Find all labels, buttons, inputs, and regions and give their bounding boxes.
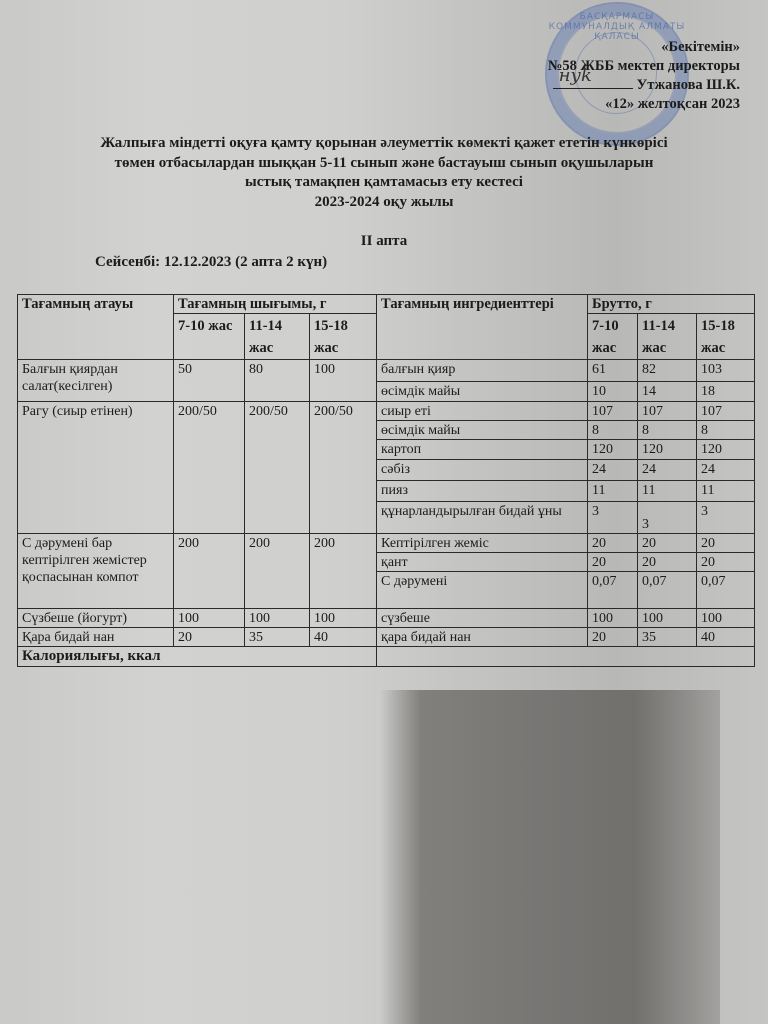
calories-row: Калориялығы, ккал: [18, 647, 755, 667]
ingredient-gross: 20: [638, 534, 697, 553]
table-row: С дәрумені бар кептірілген жемістер қосп…: [18, 534, 755, 553]
document-title: Жалпыға міндетті оқуға қамту қорынан әле…: [0, 134, 768, 212]
ingredient-gross: 107: [638, 402, 697, 421]
dish-yield: 200/50: [245, 402, 310, 534]
table-row: Сүзбеше (йогурт)100100100сүзбеше10010010…: [18, 609, 755, 628]
dish-yield: 100: [245, 609, 310, 628]
header-ingredients: Тағамның ингредиенттері: [377, 295, 588, 360]
dish-yield: 50: [174, 360, 245, 402]
ingredient-gross: 100: [638, 609, 697, 628]
header-gross-age-7-10: 7-10 жас: [588, 314, 638, 360]
ingredient-gross: 107: [697, 402, 755, 421]
ingredient-gross: 24: [638, 460, 697, 481]
ingredient-gross: 10: [588, 382, 638, 402]
ingredient-gross: 3: [638, 502, 697, 534]
dish-yield: 80: [245, 360, 310, 402]
ingredient-gross: 8: [697, 421, 755, 440]
header-gross-age-15-18: 15-18 жас: [697, 314, 755, 360]
ingredient-gross: 107: [588, 402, 638, 421]
dish-name: Қара бидай нан: [18, 628, 174, 647]
menu-table: Тағамның атауы Тағамның шығымы, г Тағамн…: [17, 294, 755, 667]
ingredient-gross: 11: [697, 481, 755, 502]
menu-table-body: Балғын қиярдан салат(кесілген)5080100бал…: [18, 360, 755, 647]
dish-yield: 200: [245, 534, 310, 609]
ingredient-gross: 100: [588, 609, 638, 628]
ingredient-name: пияз: [377, 481, 588, 502]
ingredient-name: құнарландырылған бидай ұны: [377, 502, 588, 534]
header-yield-age-15-18: 15-18 жас: [310, 314, 377, 360]
ingredient-gross: 120: [588, 440, 638, 460]
calories-label: Калориялығы, ккал: [18, 647, 377, 667]
ingredient-name: сиыр еті: [377, 402, 588, 421]
header-dish-name: Тағамның атауы: [18, 295, 174, 360]
ingredient-gross: 120: [638, 440, 697, 460]
ingredient-gross: 20: [638, 553, 697, 572]
ingredient-gross: 3: [697, 502, 755, 534]
header-yield: Тағамның шығымы, г: [174, 295, 377, 314]
ingredient-name: балғын қияр: [377, 360, 588, 382]
dish-name: Рагу (сиыр етінен): [18, 402, 174, 534]
ingredient-gross: 11: [588, 481, 638, 502]
ingredient-gross: 24: [588, 460, 638, 481]
table-row: Балғын қиярдан салат(кесілген)5080100бал…: [18, 360, 755, 382]
ingredient-name: картоп: [377, 440, 588, 460]
dish-yield: 100: [174, 609, 245, 628]
dish-name: С дәрумені бар кептірілген жемістер қосп…: [18, 534, 174, 609]
header-yield-age-7-10: 7-10 жас: [174, 314, 245, 360]
approval-heading: «Бекітемін»: [548, 38, 740, 57]
director-signature-line: нуk Утжанова Ш.К.: [548, 76, 740, 95]
title-line-3: ыстық тамақпен қамтамасыз ету кестесі: [0, 173, 768, 193]
ingredient-name: сәбіз: [377, 460, 588, 481]
ingredient-gross: 24: [697, 460, 755, 481]
ingredient-gross: 14: [638, 382, 697, 402]
ingredient-gross: 8: [638, 421, 697, 440]
dish-yield: 40: [310, 628, 377, 647]
ingredient-name: сүзбеше: [377, 609, 588, 628]
ingredient-gross: 103: [697, 360, 755, 382]
dish-yield: 200/50: [310, 402, 377, 534]
ingredient-gross: 0,07: [588, 572, 638, 609]
director-name: Утжанова Ш.К.: [637, 77, 740, 93]
header-yield-age-11-14: 11-14 жас: [245, 314, 310, 360]
ingredient-name: өсімдік майы: [377, 382, 588, 402]
ingredient-gross: 20: [588, 553, 638, 572]
ingredient-gross: 11: [638, 481, 697, 502]
week-label: ІІ апта: [0, 233, 768, 250]
header-gross: Брутто, г: [588, 295, 755, 314]
signature-underline: нуk: [553, 76, 633, 89]
dish-yield: 20: [174, 628, 245, 647]
dish-yield: 200/50: [174, 402, 245, 534]
header-row: Тағамның атауы Тағамның шығымы, г Тағамн…: [18, 295, 755, 314]
dish-yield: 200: [174, 534, 245, 609]
ingredient-name: С дәрумені: [377, 572, 588, 609]
ingredient-gross: 20: [588, 628, 638, 647]
day-label: Сейсенбі: 12.12.2023 (2 апта 2 күн): [95, 254, 327, 271]
calories-value: [377, 647, 755, 667]
dish-yield: 100: [310, 609, 377, 628]
ingredient-gross: 82: [638, 360, 697, 382]
ingredient-name: өсімдік майы: [377, 421, 588, 440]
ingredient-gross: 3: [588, 502, 638, 534]
ingredient-name: қант: [377, 553, 588, 572]
signature: нуk: [559, 66, 592, 85]
ingredient-gross: 20: [697, 534, 755, 553]
ingredient-gross: 100: [697, 609, 755, 628]
dish-name: Сүзбеше (йогурт): [18, 609, 174, 628]
title-line-2: төмен отбасылардан шыққан 5-11 сынып жән…: [0, 154, 768, 174]
ingredient-gross: 18: [697, 382, 755, 402]
ingredient-gross: 35: [638, 628, 697, 647]
header-gross-age-11-14: 11-14 жас: [638, 314, 697, 360]
dish-yield: 35: [245, 628, 310, 647]
ingredient-gross: 0,07: [638, 572, 697, 609]
academic-year: 2023-2024 оқу жылы: [0, 193, 768, 213]
dish-yield: 100: [310, 360, 377, 402]
ingredient-gross: 120: [697, 440, 755, 460]
table-row: Қара бидай нан203540қара бидай нан203540: [18, 628, 755, 647]
approval-date: «12» желтоқсан 2023: [548, 95, 740, 114]
approval-block: «Бекітемін» №58 ЖББ мектеп директоры нуk…: [548, 38, 740, 114]
ingredient-gross: 8: [588, 421, 638, 440]
ingredient-gross: 20: [588, 534, 638, 553]
dish-name: Балғын қиярдан салат(кесілген): [18, 360, 174, 402]
ingredient-gross: 61: [588, 360, 638, 382]
title-line-1: Жалпыға міндетті оқуға қамту қорынан әле…: [0, 134, 768, 154]
ingredient-name: қара бидай нан: [377, 628, 588, 647]
dish-yield: 200: [310, 534, 377, 609]
table-row: Рагу (сиыр етінен)200/50200/50200/50сиыр…: [18, 402, 755, 421]
ingredient-gross: 40: [697, 628, 755, 647]
ingredient-gross: 20: [697, 553, 755, 572]
ingredient-gross: 0,07: [697, 572, 755, 609]
ingredient-name: Кептірілген жеміс: [377, 534, 588, 553]
photo-shadow: [380, 690, 720, 1024]
